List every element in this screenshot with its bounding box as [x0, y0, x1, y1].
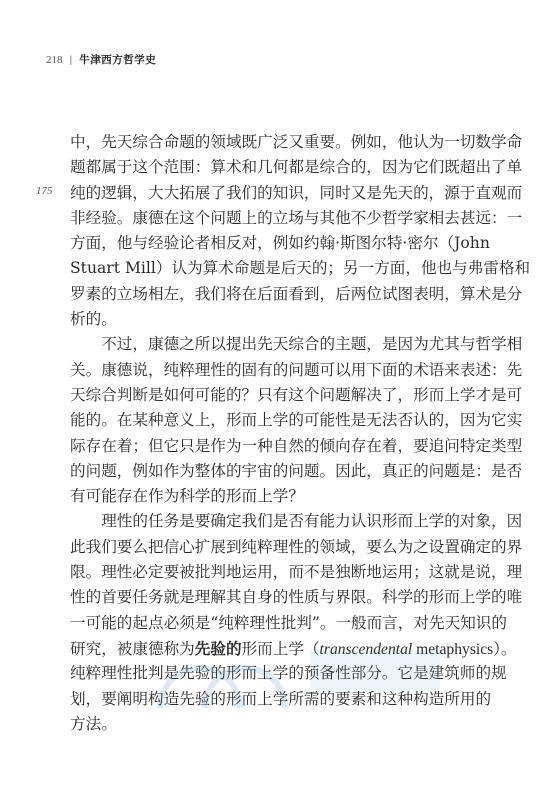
text-line: 纯粹理性批判是先验的形而上学的预备性部分。它是建筑师的规	[70, 661, 484, 686]
text-fragment: 形而上学（	[242, 640, 320, 658]
text-line-transcendental: 研究，被康德称为先验的形而上学（transcendental metaphysi…	[70, 636, 484, 661]
body-text: 中，先天综合命题的领域既广泛又重要。例如，他认为一切数学命 题都属于这个范围：算…	[70, 130, 484, 737]
text-line: 方法。	[70, 712, 484, 737]
text-line: 非经验。康德在这个问题上的立场与其他不少哲学家相去甚远：一	[70, 206, 484, 231]
text-line: 际存在着；但它只是作为一种自然的倾向存在着，要追问特定类型	[70, 434, 484, 459]
text-line: 罗素的立场相左，我们将在后面看到，后两位试图表明，算术是分	[70, 282, 484, 307]
text-line: 划，要阐明构造先验的形而上学所需的要素和这种构造所用的	[70, 687, 484, 712]
text-line: 能的。在某种意义上，形而上学的可能性是无法否认的，因为它实	[70, 408, 484, 433]
header-separator: |	[70, 54, 73, 66]
text-line: 方面，他与经验论者相反对，例如约翰·斯图尔特·密尔（John	[70, 231, 484, 256]
text-line: 有可能存在作为科学的形而上学？	[70, 484, 484, 509]
text-line: 理性的任务是要确定我们是否有能力认识形而上学的对象，因	[70, 509, 484, 534]
text-line: 纯的逻辑，大大拓展了我们的知识，同时又是先天的，源于直观而	[70, 181, 484, 206]
paragraph-3: 理性的任务是要确定我们是否有能力认识形而上学的对象，因 此我们要么把信心扩展到纯…	[70, 509, 484, 737]
text-fragment: 研究，被康德称为	[70, 640, 195, 658]
text-line: 性的首要任务就是理解其自身的性质与界限。科学的形而上学的唯	[70, 585, 484, 610]
text-line: 关。康德说，纯粹理性的固有的问题可以用下面的术语来表述：先	[70, 358, 484, 383]
text-fragment: metaphysics）。	[412, 641, 516, 658]
text-line: 的问题，例如作为整体的宇宙的问题。因此，真正的问题是：是否	[70, 459, 484, 484]
book-title: 牛津西方哲学史	[79, 52, 156, 67]
emphasized-term: 先验的	[195, 639, 242, 658]
text-line: Stuart Mill）认为算术命题是后天的；另一方面，他也与弗雷格和	[70, 256, 484, 281]
margin-page-reference: 175	[36, 185, 53, 197]
paragraph-1: 中，先天综合命题的领域既广泛又重要。例如，他认为一切数学命 题都属于这个范围：算…	[70, 130, 484, 332]
page-number: 218	[46, 54, 63, 66]
text-line: 限。理性必定要被批判地运用，而不是独断地运用；这就是说，理	[70, 560, 484, 585]
italic-term: transcendental	[320, 641, 413, 658]
text-line: 此我们要么把信心扩展到纯粹理性的领域，要么为之设置确定的界	[70, 535, 484, 560]
running-head: 218 | 牛津西方哲学史	[46, 52, 156, 67]
text-line: 析的。	[70, 307, 484, 332]
text-line: 中，先天综合命题的领域既广泛又重要。例如，他认为一切数学命	[70, 130, 484, 155]
text-line: 不过，康德之所以提出先天综合的主题，是因为尤其与哲学相	[70, 332, 484, 357]
paragraph-2: 不过，康德之所以提出先天综合的主题，是因为尤其与哲学相 关。康德说，纯粹理性的固…	[70, 332, 484, 509]
text-line: 天综合判断是如何可能的？只有这个问题解决了，形而上学才是可	[70, 383, 484, 408]
text-line: 一可能的起点必须是“纯粹理性批判”。一般而言，对先天知识的	[70, 611, 484, 636]
text-line: 题都属于这个范围：算术和几何都是综合的，因为它们既超出了单	[70, 155, 484, 180]
